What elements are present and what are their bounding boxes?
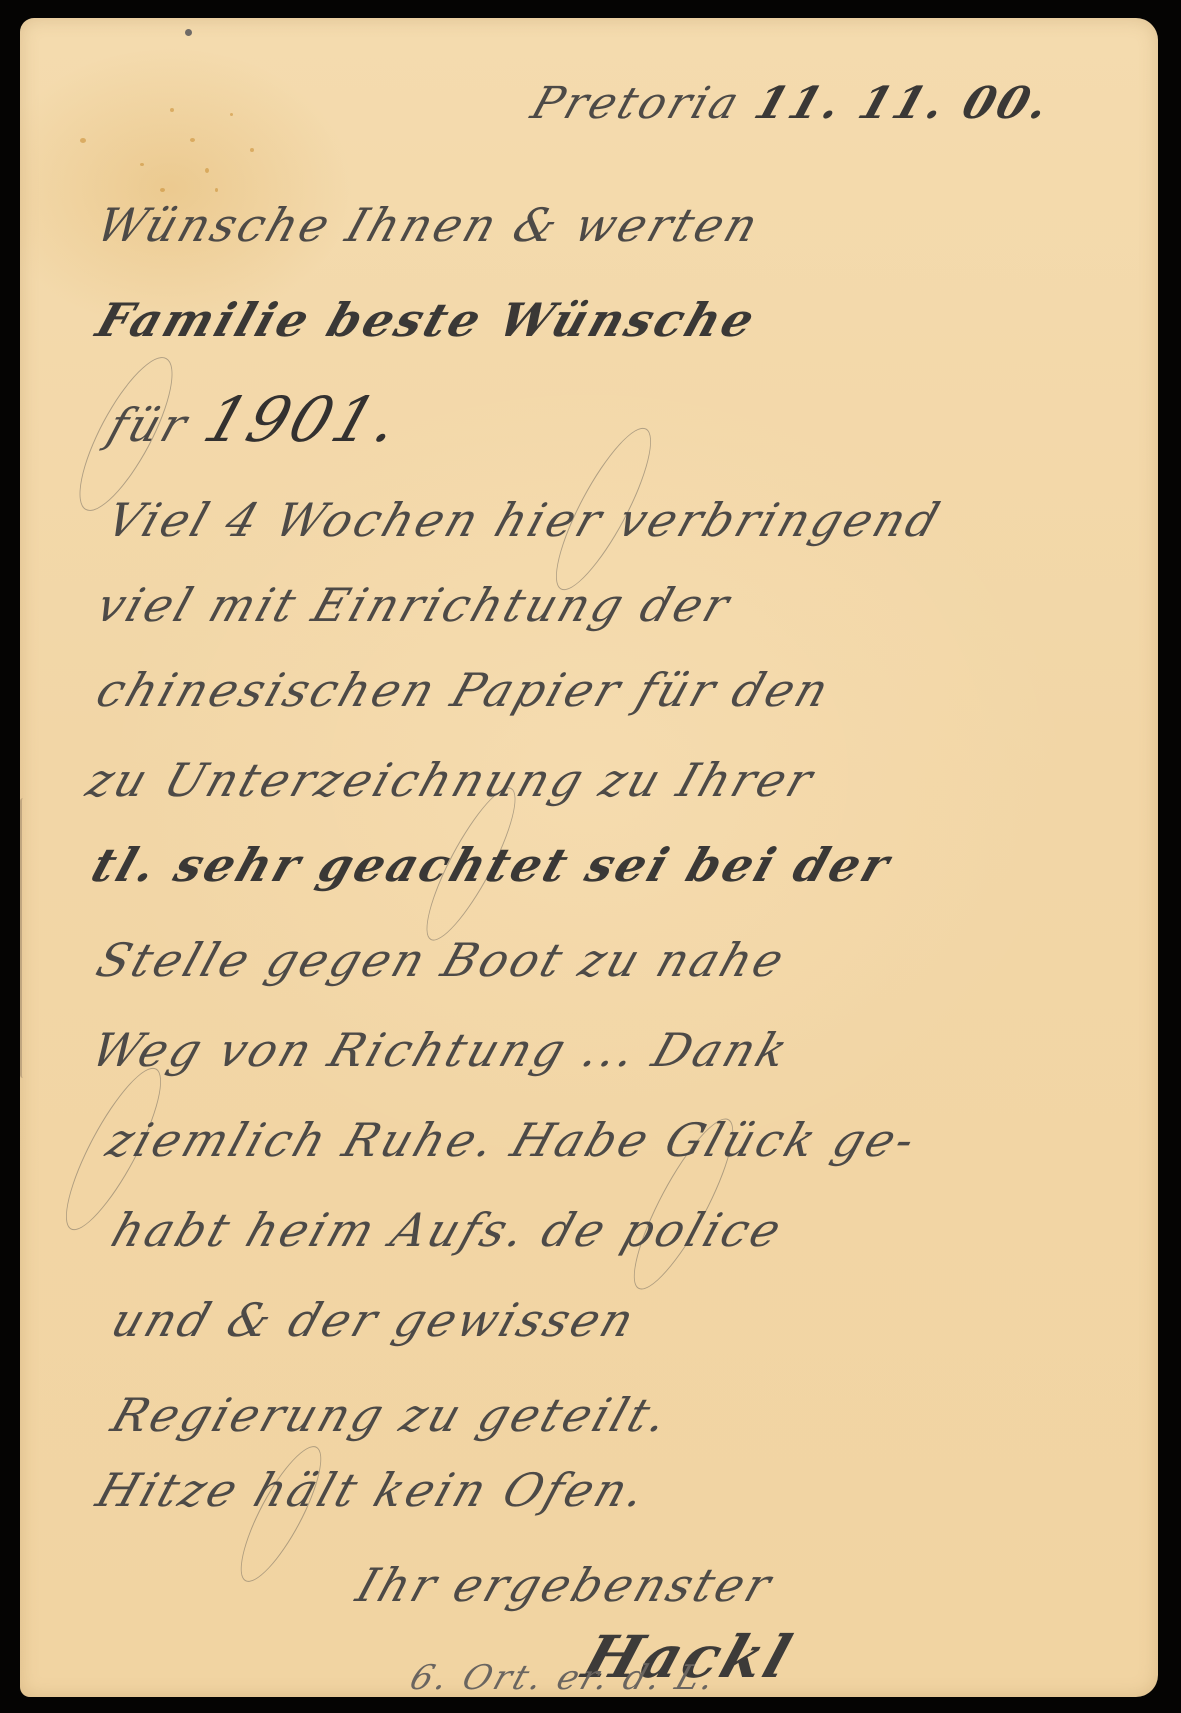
body-line: Weg von Richtung ... Dank — [85, 1023, 797, 1077]
foxing-stain — [190, 138, 195, 142]
body-line: Viel 4 Wochen hier verbringend — [100, 493, 949, 547]
foxing-stain — [160, 188, 165, 192]
foxing-stain — [215, 188, 218, 192]
body-line: Familie beste Wünsche — [90, 293, 764, 347]
body-line: chinesischen Papier für den — [90, 663, 838, 717]
body-line: Wünsche Ihnen & werten — [90, 198, 767, 252]
postcard: Pretoria 11. 11. 00. Wünsche Ihnen & wer… — [20, 18, 1158, 1697]
foxing-stain — [205, 168, 209, 173]
body-line: tl. sehr geachtet sei bei der — [85, 838, 899, 892]
foxing-stain — [80, 138, 86, 143]
pin-mark — [185, 29, 192, 36]
postscript: 6. Ort. er. d. L. — [405, 1658, 723, 1698]
foxing-stain — [230, 113, 233, 116]
body-line-with-year: für 1901. — [100, 383, 411, 456]
date: 11. 11. 00. — [748, 78, 1058, 129]
body-line: zu Unterzeichnung zu Ihrer — [80, 753, 822, 807]
body-line: Stelle gegen Boot zu nahe — [90, 933, 793, 987]
foxing-stain — [140, 163, 144, 166]
foxing-stain — [250, 148, 254, 152]
year: 1901. — [195, 383, 411, 456]
body-line: ziemlich Ruhe. Habe Glück ge- — [100, 1113, 925, 1167]
place: Pretoria — [525, 78, 748, 129]
body-line: Hitze hält kein Ofen. — [90, 1463, 655, 1517]
place-date: Pretoria 11. 11. 00. — [525, 78, 1058, 129]
body-line: und & der gewissen — [105, 1293, 644, 1347]
body-line: habt heim Aufs. de police — [105, 1203, 791, 1257]
body-line: Regierung zu geteilt. — [105, 1388, 677, 1442]
closing: Ihr ergebenster — [350, 1558, 780, 1612]
body-line: viel mit Einrichtung der — [90, 578, 739, 632]
foxing-stain — [170, 108, 174, 112]
